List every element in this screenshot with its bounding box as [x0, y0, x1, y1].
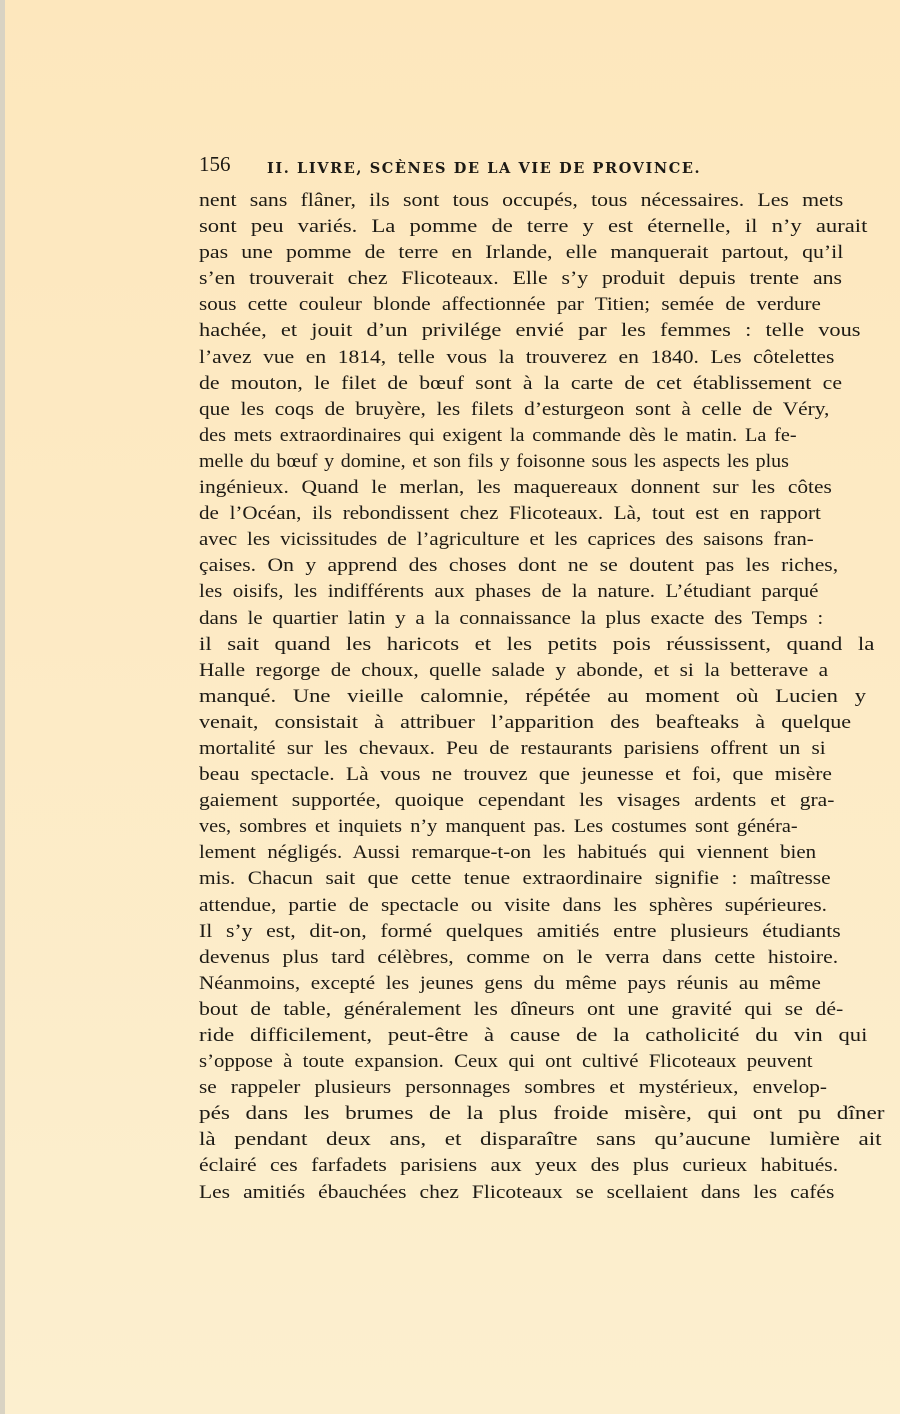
text-line: Il s’y est, dit-on, formé quelques amiti…: [199, 919, 841, 945]
text-line: mortalité sur les chevaux. Peu de restau…: [199, 736, 826, 762]
text-line: Halle regorge de choux, quelle salade y …: [199, 658, 828, 684]
text-line: s’en trouverait chez Flicoteaux. Elle s’…: [199, 266, 842, 292]
text-line: de l’Océan, ils rebondissent chez Flicot…: [199, 501, 821, 527]
text-line: les oisifs, les indifférents aux phases …: [199, 579, 818, 605]
text-line: devenus plus tard célèbres, comme on le …: [199, 945, 838, 971]
text-line: s’oppose à toute expansion. Ceux qui ont…: [199, 1049, 813, 1075]
page-number: 156: [199, 152, 231, 177]
text-line: de mouton, le filet de bœuf sont à la ca…: [199, 371, 842, 397]
text-line: sont peu variés. La pomme de terre y est…: [199, 214, 867, 240]
running-head: II. LIVRE, SCÈNES DE LA VIE DE PROVINCE.: [267, 160, 701, 177]
text-line: des mets extraordinaires qui exigent la …: [199, 423, 797, 449]
text-line: çaises. On y apprend des choses dont ne …: [199, 553, 838, 579]
text-line: Néanmoins, excepté les jeunes gens du mê…: [199, 971, 821, 997]
text-line: dans le quartier latin y a la connaissan…: [199, 606, 823, 632]
text-line: là pendant deux ans, et disparaître sans…: [199, 1127, 882, 1153]
text-line: bout de table, généralement les dîneurs …: [199, 997, 843, 1023]
text-line: éclairé ces farfadets parisiens aux yeux…: [199, 1153, 838, 1179]
text-line: attendue, partie de spectacle ou visite …: [199, 893, 827, 919]
text-line: hachée, et jouit d’un privilége envié pa…: [199, 318, 861, 344]
text-line: se rappeler plusieurs personnages sombre…: [199, 1075, 827, 1101]
text-line: que les coqs de bruyère, les filets d’es…: [199, 397, 829, 423]
text-line: manqué. Une vieille calomnie, répétée au…: [199, 684, 866, 710]
text-line: beau spectacle. Là vous ne trouvez que j…: [199, 762, 832, 788]
text-line: sous cette couleur blonde affectionnée p…: [199, 292, 821, 318]
text-line: pés dans les brumes de la plus froide mi…: [199, 1101, 884, 1127]
text-line: melle du bœuf y domine, et son fils y fo…: [199, 449, 789, 475]
body-text: nent sans flâner, ils sont tous occupés,…: [199, 188, 766, 1206]
text-line: nent sans flâner, ils sont tous occupés,…: [199, 188, 843, 214]
text-line: l’avez vue en 1814, telle vous la trouve…: [199, 345, 834, 371]
text-line: gaiement supportée, quoique cependant le…: [199, 788, 834, 814]
text-line: avec les vicissitudes de l’agriculture e…: [199, 527, 814, 553]
text-line: ves, sombres et inquiets n’y manquent pa…: [199, 814, 798, 840]
text-line: Les amitiés ébauchées chez Flicoteaux se…: [199, 1180, 834, 1206]
text-line: ingénieux. Quand le merlan, les maquerea…: [199, 475, 832, 501]
text-line: ride difficilement, peut-être à cause de…: [199, 1023, 867, 1049]
text-line: pas une pomme de terre en Irlande, elle …: [199, 240, 843, 266]
text-line: lement négligés. Aussi remarque-t-on les…: [199, 840, 816, 866]
text-line: il sait quand les haricots et les petits…: [199, 632, 874, 658]
text-line: mis. Chacun sait que cette tenue extraor…: [199, 866, 831, 892]
page-header: 156 II. LIVRE, SCÈNES DE LA VIE DE PROVI…: [199, 152, 779, 186]
text-line: venait, consistait à attribuer l’apparit…: [199, 710, 851, 736]
